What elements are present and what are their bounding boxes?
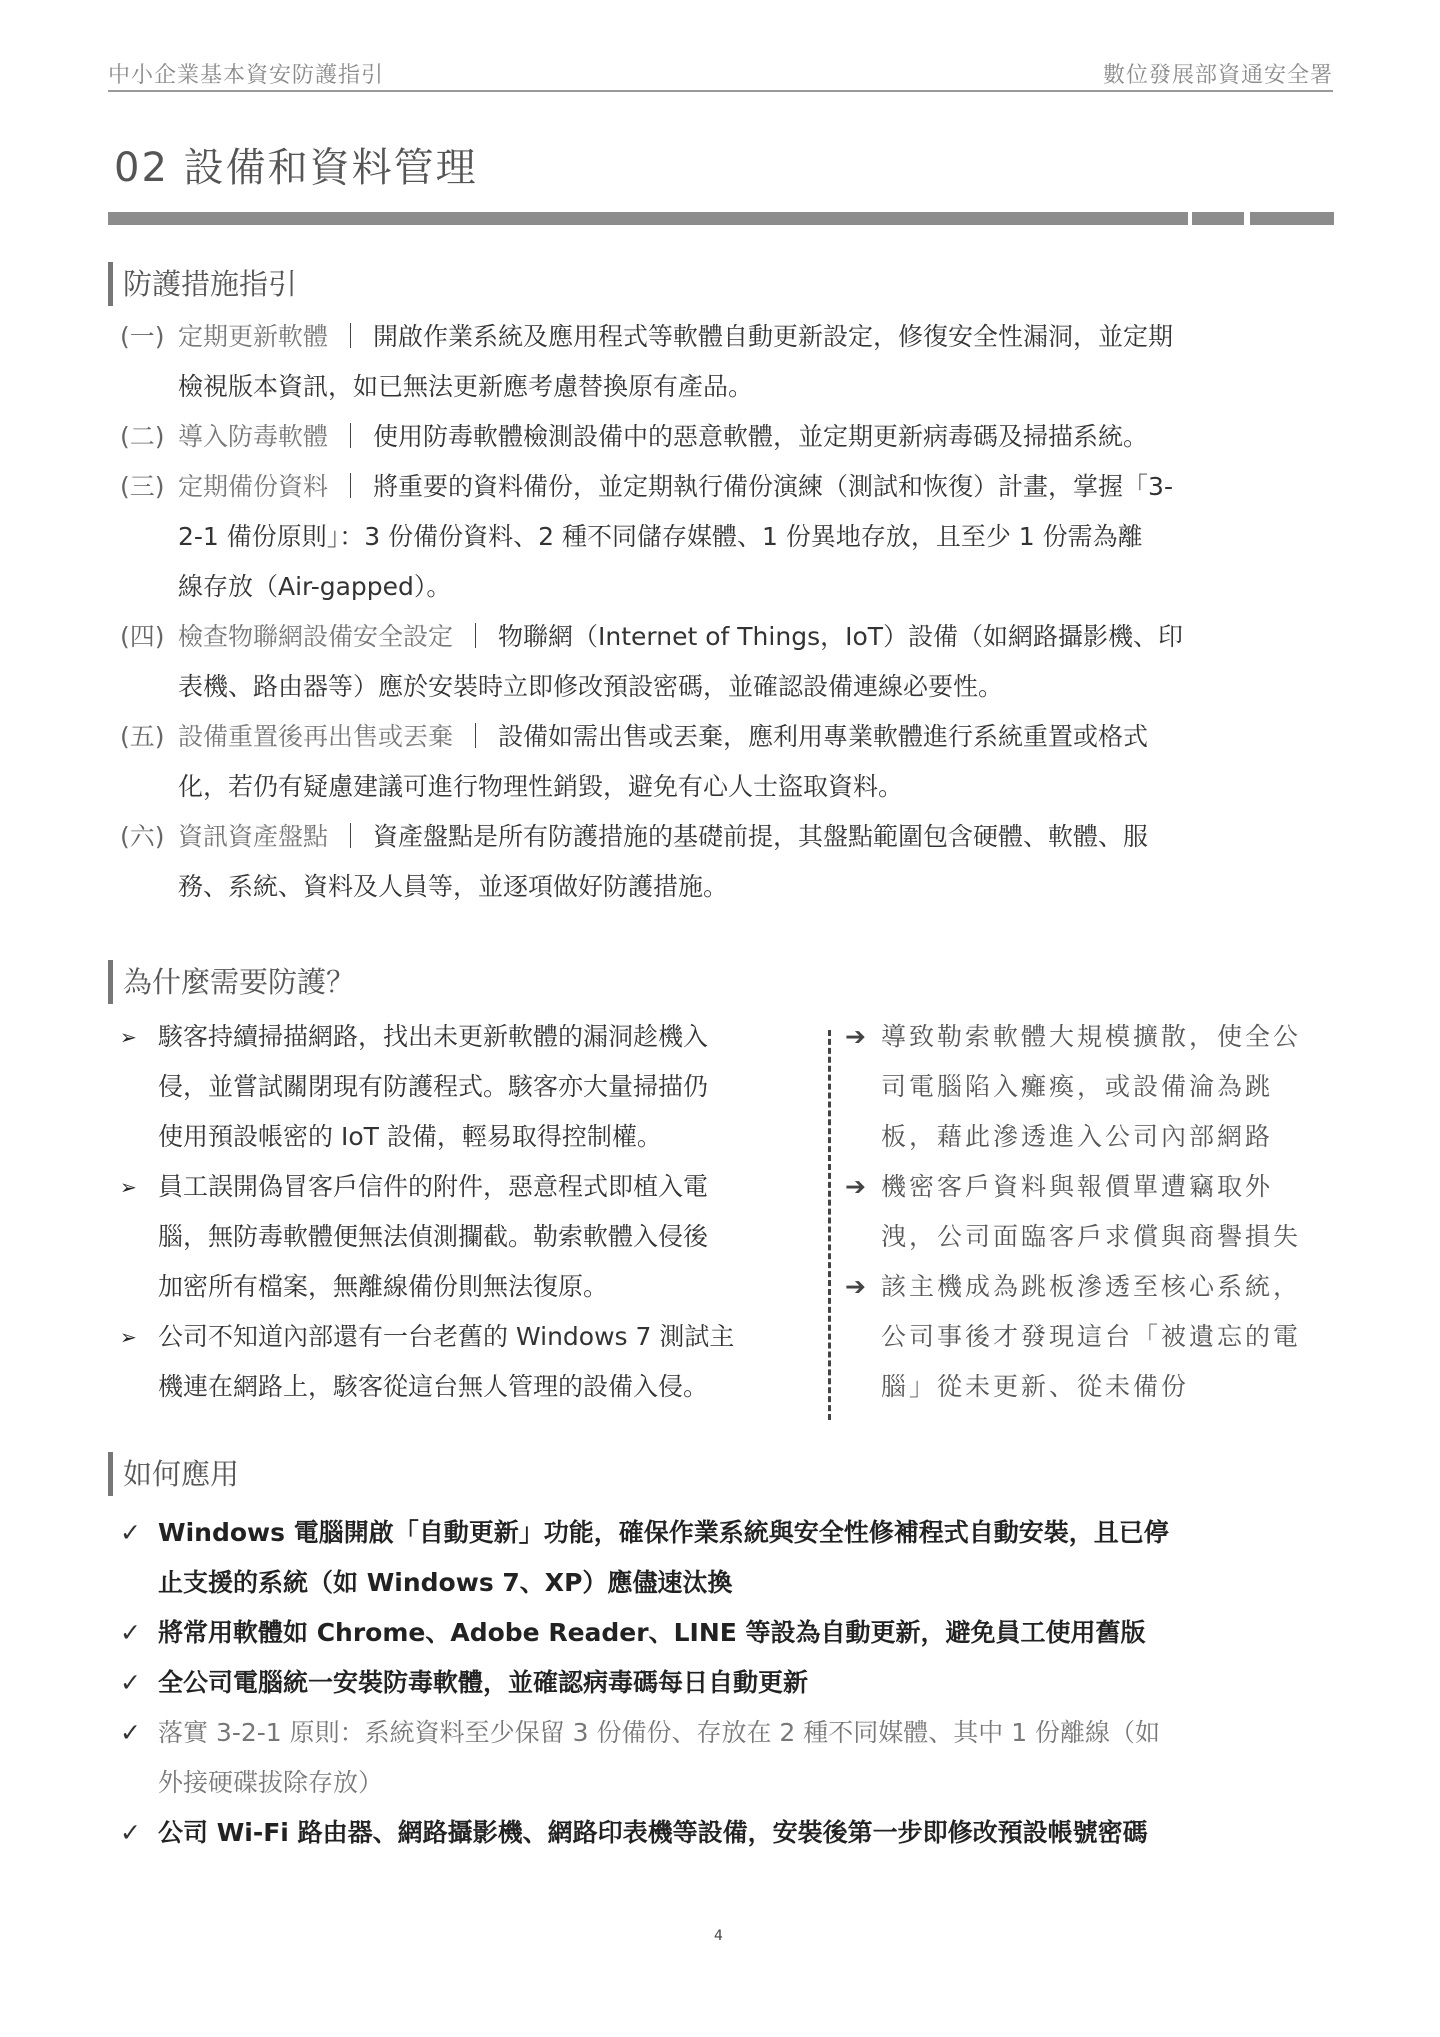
measure-text: 2-1 備份原則」：3 份備份資料、2 種不同儲存媒體、1 份異地存放，且至少 … xyxy=(120,512,1340,562)
checklist-item: ✓將常用軟體如 Chrome、Adobe Reader、LINE 等設為自動更新… xyxy=(120,1608,1350,1658)
checklist-item: ✓Windows 電腦開啟「自動更新」功能，確保作業系統與安全性修補程式自動安裝… xyxy=(120,1508,1350,1608)
section-heading-apply: 如何應用 xyxy=(108,1452,239,1496)
arrowhead-bullet-icon: ➢ xyxy=(120,1312,158,1362)
measure-6: (六) 資訊資產盤點｜資產盤點是所有防護措施的基礎前提，其盤點範圍包含硬體、軟體… xyxy=(120,812,1340,912)
arrow-right-icon: ➔ xyxy=(845,1012,881,1062)
checklist-text: 全公司電腦統一安裝防毒軟體，並確認病毒碼每日自動更新 xyxy=(158,1658,808,1708)
header-document-title: 中小企業基本資安防護指引 xyxy=(108,58,384,89)
consequence-item: ➔機密客戶資料與報價單遭竊取外 洩，公司面臨客戶求償與商譽損失 xyxy=(845,1162,1345,1262)
threat-item: ➢駭客持續掃描網路，找出未更新軟體的漏洞趁機入 侵，並嘗試關閉現有防護程式。駭客… xyxy=(120,1012,820,1162)
measure-text: 線存放（Air-gapped）。 xyxy=(120,562,1340,612)
measure-text: 物聯網（Internet of Things，IoT）設備（如網路攝影機、印 xyxy=(498,622,1183,651)
separator: ｜ xyxy=(338,472,363,501)
checklist-text: 公司 Wi-Fi 路由器、網路攝影機、網路印表機等設備，安裝後第一步即修改預設帳… xyxy=(158,1808,1148,1858)
measure-text: 務、系統、資料及人員等，並逐項做好防護措施。 xyxy=(120,862,1340,912)
consequence-text: 板，藉此滲透進入公司內部網路 xyxy=(845,1112,1345,1162)
checkmark-icon: ✓ xyxy=(120,1708,158,1758)
measure-number: (三) xyxy=(120,462,178,512)
measure-title: 定期備份資料 xyxy=(178,472,328,501)
checkmark-icon: ✓ xyxy=(120,1508,158,1558)
consequence-item: ➔該主機成為跳板滲透至核心系統， 公司事後才發現這台「被遺忘的電 腦」從未更新、… xyxy=(845,1262,1345,1412)
checkmark-icon: ✓ xyxy=(120,1658,158,1708)
checklist-text: 外接硬碟拔除存放） xyxy=(120,1758,1350,1808)
measure-number: (二) xyxy=(120,412,178,462)
measure-4: (四) 檢查物聯網設備安全設定｜物聯網（Internet of Things，I… xyxy=(120,612,1340,712)
threat-item: ➢員工誤開偽冒客戶信件的附件，惡意程式即植入電 腦，無防毒軟體便無法偵測攔截。勒… xyxy=(120,1162,820,1312)
measure-title: 檢查物聯網設備安全設定 xyxy=(178,622,453,651)
checklist-text: 落實 3-2-1 原則：系統資料至少保留 3 份備份、存放在 2 種不同媒體、其… xyxy=(158,1708,1160,1758)
measure-title: 定期更新軟體 xyxy=(178,322,328,351)
chapter-divider xyxy=(108,212,1188,225)
measure-text: 表機、路由器等）應於安裝時立即修改預設密碼，並確認設備連線必要性。 xyxy=(120,662,1340,712)
checklist-item: ✓落實 3-2-1 原則：系統資料至少保留 3 份備份、存放在 2 種不同媒體、… xyxy=(120,1708,1350,1808)
consequence-text: 該主機成為跳板滲透至核心系統， xyxy=(881,1262,1301,1312)
threat-text: 侵，並嘗試關閉現有防護程式。駭客亦大量掃描仍 xyxy=(120,1062,820,1112)
arrowhead-bullet-icon: ➢ xyxy=(120,1012,158,1062)
threat-item: ➢公司不知道內部還有一台老舊的 Windows 7 測試主 機連在網路上，駭客從… xyxy=(120,1312,820,1412)
section-heading-why: 為什麼需要防護？ xyxy=(108,960,355,1004)
measure-title: 設備重置後再出售或丟棄 xyxy=(178,722,453,751)
measure-text: 化，若仍有疑慮建議可進行物理性銷毀，避免有心人士盜取資料。 xyxy=(120,762,1340,812)
consequence-item: ➔導致勒索軟體大規模擴散，使全公 司電腦陷入癱瘓，或設備淪為跳 板，藉此滲透進入… xyxy=(845,1012,1345,1162)
measure-title: 導入防毒軟體 xyxy=(178,422,328,451)
threat-text: 加密所有檔案，無離線備份則無法復原。 xyxy=(120,1262,820,1312)
chapter-title: 02 設備和資料管理 xyxy=(114,136,478,193)
measure-text: 設備如需出售或丟棄，應利用專業軟體進行系統重置或格式 xyxy=(498,722,1148,751)
chapter-divider-segment xyxy=(1192,212,1244,225)
chapter-divider-segment xyxy=(1250,212,1334,225)
checklist-item: ✓全公司電腦統一安裝防毒軟體，並確認病毒碼每日自動更新 xyxy=(120,1658,1350,1708)
measure-5: (五) 設備重置後再出售或丟棄｜設備如需出售或丟棄，應利用專業軟體進行系統重置或… xyxy=(120,712,1340,812)
consequence-list: ➔導致勒索軟體大規模擴散，使全公 司電腦陷入癱瘓，或設備淪為跳 板，藉此滲透進入… xyxy=(845,1012,1345,1412)
checklist-text: 止支援的系統（如 Windows 7、XP）應儘速汰換 xyxy=(120,1558,1350,1608)
threat-text: 員工誤開偽冒客戶信件的附件，惡意程式即植入電 xyxy=(158,1162,708,1212)
checkmark-icon: ✓ xyxy=(120,1608,158,1658)
threat-text: 機連在網路上，駭客從這台無人管理的設備入侵。 xyxy=(120,1362,820,1412)
consequence-text: 腦」從未更新、從未備份 xyxy=(845,1362,1345,1412)
checkmark-icon: ✓ xyxy=(120,1808,158,1858)
consequence-text: 公司事後才發現這台「被遺忘的電 xyxy=(845,1312,1345,1362)
checklist-text: Windows 電腦開啟「自動更新」功能，確保作業系統與安全性修補程式自動安裝，… xyxy=(158,1508,1169,1558)
running-header: 中小企業基本資安防護指引 數位發展部資通安全署 xyxy=(108,58,1333,92)
measure-2: (二) 導入防毒軟體｜使用防毒軟體檢測設備中的惡意軟體，並定期更新病毒碼及掃描系… xyxy=(120,412,1340,462)
measure-text: 將重要的資料備份，並定期執行備份演練（測試和恢復）計畫，掌握「3- xyxy=(373,472,1173,501)
document-page: 中小企業基本資安防護指引 數位發展部資通安全署 02 設備和資料管理 防護措施指… xyxy=(0,0,1440,2037)
arrowhead-bullet-icon: ➢ xyxy=(120,1162,158,1212)
threat-text: 公司不知道內部還有一台老舊的 Windows 7 測試主 xyxy=(158,1312,734,1362)
threat-text: 使用預設帳密的 IoT 設備，輕易取得控制權。 xyxy=(120,1112,820,1162)
measure-text: 使用防毒軟體檢測設備中的惡意軟體，並定期更新病毒碼及掃描系統。 xyxy=(373,422,1148,451)
separator: ｜ xyxy=(338,422,363,451)
measure-text: 資產盤點是所有防護措施的基礎前提，其盤點範圍包含硬體、軟體、服 xyxy=(373,822,1148,851)
measure-number: (一) xyxy=(120,312,178,362)
header-agency: 數位發展部資通安全署 xyxy=(1103,58,1333,89)
measure-text: 開啟作業系統及應用程式等軟體自動更新設定，修復安全性漏洞，並定期 xyxy=(373,322,1173,351)
measure-number: (四) xyxy=(120,612,178,662)
checklist-item: ✓公司 Wi-Fi 路由器、網路攝影機、網路印表機等設備，安裝後第一步即修改預設… xyxy=(120,1808,1350,1858)
consequence-text: 司電腦陷入癱瘓，或設備淪為跳 xyxy=(845,1062,1345,1112)
measure-1: (一) 定期更新軟體｜開啟作業系統及應用程式等軟體自動更新設定，修復安全性漏洞，… xyxy=(120,312,1340,412)
separator: ｜ xyxy=(463,722,488,751)
measure-number: (六) xyxy=(120,812,178,862)
consequence-text: 機密客戶資料與報價單遭竊取外 xyxy=(881,1162,1273,1212)
apply-checklist: ✓Windows 電腦開啟「自動更新」功能，確保作業系統與安全性修補程式自動安裝… xyxy=(120,1508,1350,1858)
consequence-text: 導致勒索軟體大規模擴散，使全公 xyxy=(881,1012,1301,1062)
measure-title: 資訊資產盤點 xyxy=(178,822,328,851)
separator: ｜ xyxy=(338,322,363,351)
threat-text: 駭客持續掃描網路，找出未更新軟體的漏洞趁機入 xyxy=(158,1012,708,1062)
measure-text: 檢視版本資訊，如已無法更新應考慮替換原有產品。 xyxy=(120,362,1340,412)
section-heading-guidelines: 防護措施指引 xyxy=(108,262,297,306)
column-divider xyxy=(828,1030,831,1420)
separator: ｜ xyxy=(338,822,363,851)
arrow-right-icon: ➔ xyxy=(845,1262,881,1312)
threat-text: 腦，無防毒軟體便無法偵測攔截。勒索軟體入侵後 xyxy=(120,1212,820,1262)
measure-number: (五) xyxy=(120,712,178,762)
consequence-text: 洩，公司面臨客戶求償與商譽損失 xyxy=(845,1212,1345,1262)
measure-3: (三) 定期備份資料｜將重要的資料備份，並定期執行備份演練（測試和恢復）計畫，掌… xyxy=(120,462,1340,612)
threat-list: ➢駭客持續掃描網路，找出未更新軟體的漏洞趁機入 侵，並嘗試關閉現有防護程式。駭客… xyxy=(120,1012,820,1412)
page-number: 4 xyxy=(714,1928,723,1944)
separator: ｜ xyxy=(463,622,488,651)
arrow-right-icon: ➔ xyxy=(845,1162,881,1212)
checklist-text: 將常用軟體如 Chrome、Adobe Reader、LINE 等設為自動更新，… xyxy=(158,1608,1146,1658)
